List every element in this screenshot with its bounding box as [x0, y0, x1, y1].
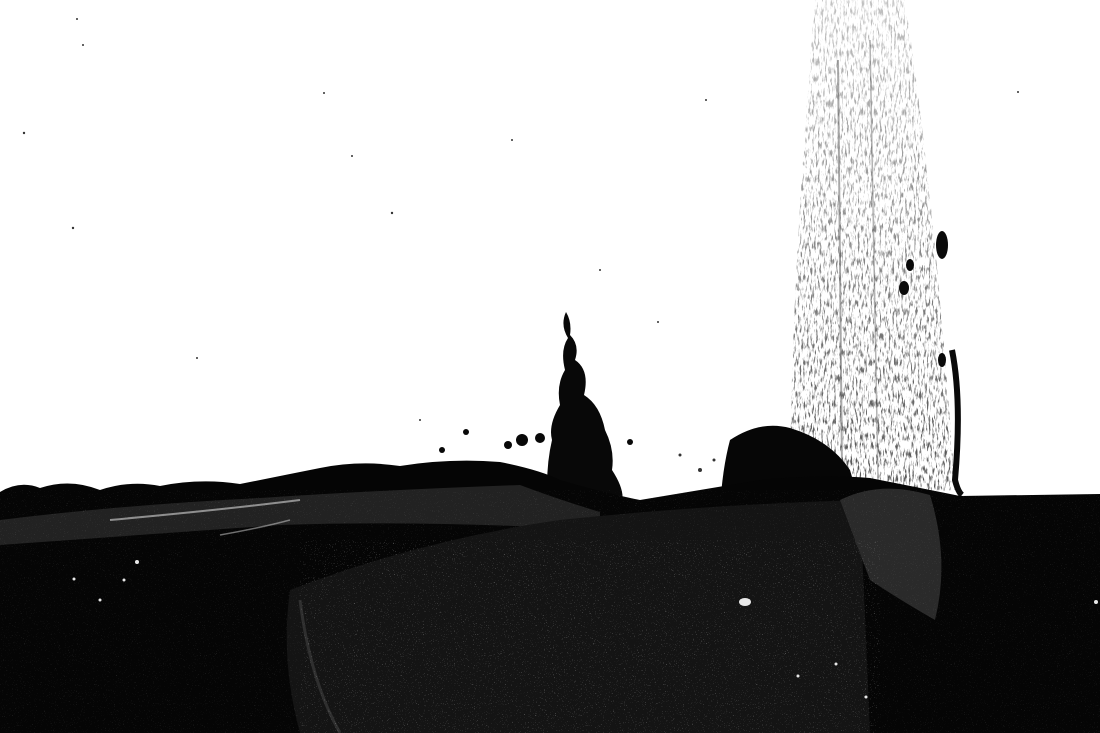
vertical-spray: [780, 0, 970, 500]
photo-scene: [0, 0, 1100, 733]
ground: [0, 461, 1100, 733]
